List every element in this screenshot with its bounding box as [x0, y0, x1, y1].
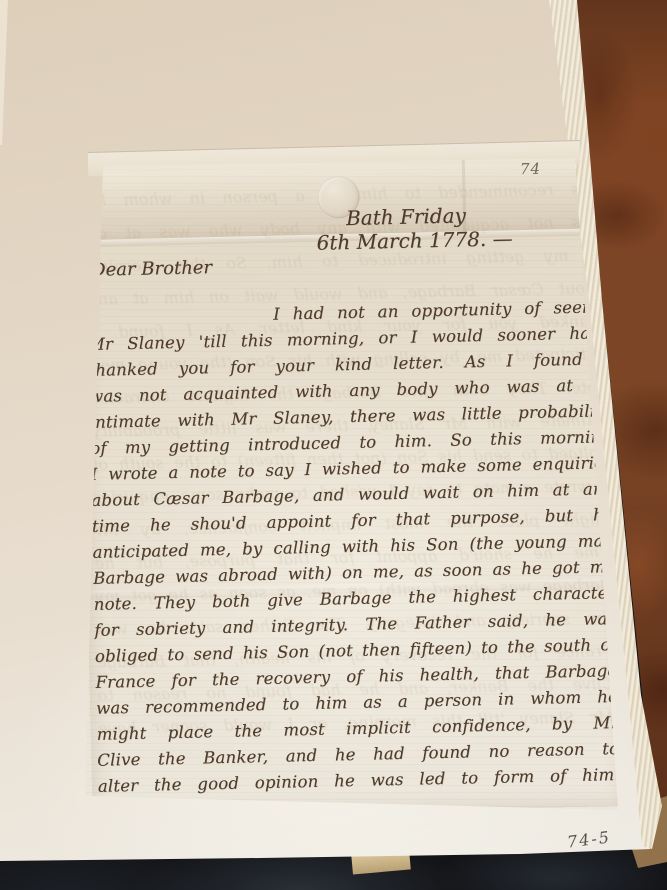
dateline: Bath Friday 6th March 1778. — [316, 201, 565, 255]
pencil-folio-number: 74 [520, 160, 541, 178]
letter-page: was recommended to him as a person in wh… [85, 148, 619, 812]
salutation: Dear Brother [91, 257, 212, 281]
letter-body: I had not an opportunity of seeing Mr Sl… [87, 294, 620, 800]
letter-content: was recommended to him as a person in wh… [78, 142, 627, 818]
photo-of-letter: 74-5 was recommended to him as a person … [0, 0, 667, 890]
